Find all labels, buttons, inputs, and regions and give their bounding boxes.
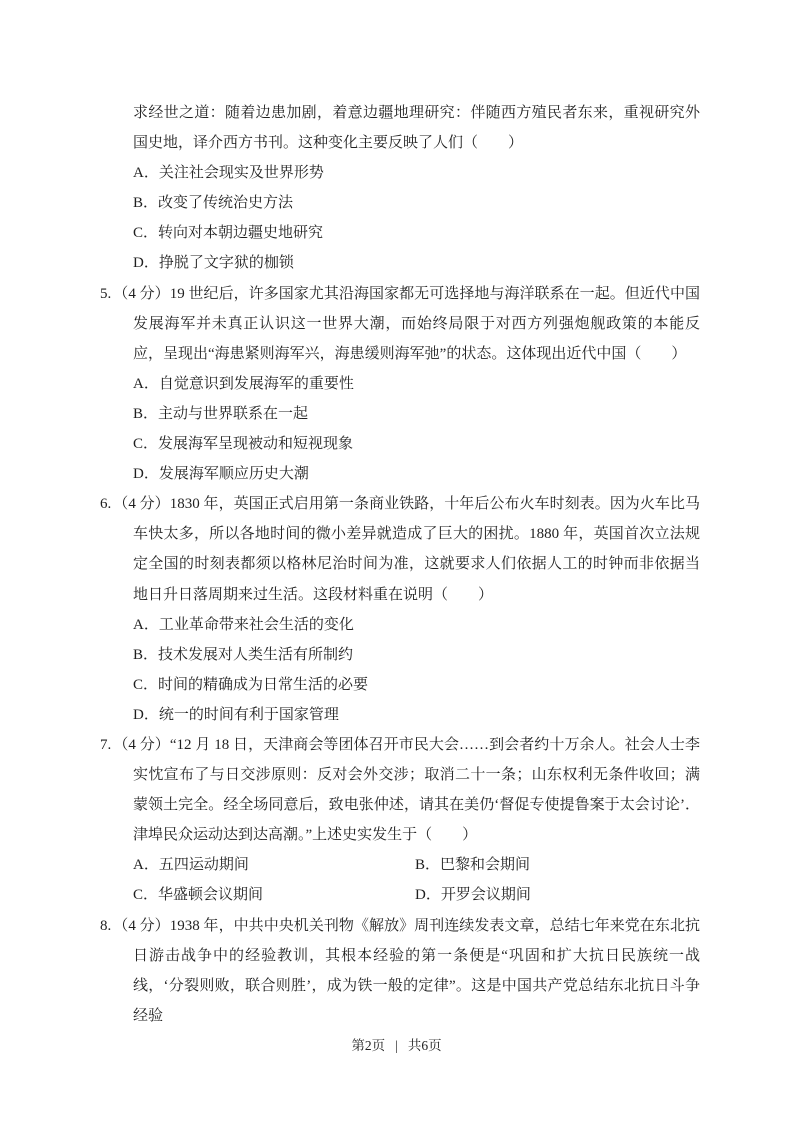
question-body: 7.（4 分）“12 月 18 日，天津商会等团体召开市民大会……到会者约十万余… — [133, 730, 700, 850]
question-number: 7. — [100, 737, 113, 753]
question: 5.（4 分）19 世纪后，许多国家尤其沿海国家都无可选择地与海洋联系在一起。但… — [100, 279, 700, 490]
option-list: A．五四运动期间B．巴黎和会期间C．华盛顿会议期间D．开罗会议期间 — [133, 850, 700, 910]
option: B．技术发展对人类生活有所制约 — [133, 640, 700, 670]
question-number: 6. — [100, 496, 113, 512]
exam-page: 求经世之道：随着边患加剧，着意边疆地理研究：伴随西方殖民者东来，重视研究外国史地… — [0, 0, 793, 1122]
question-number: 5. — [100, 286, 113, 302]
option: C．发展海军呈现被动和短视现象 — [133, 429, 700, 459]
question-number: 8. — [100, 918, 113, 934]
option-list: A．工业革命带来社会生活的变化B．技术发展对人类生活有所制约C．时间的精确成为日… — [100, 610, 700, 730]
option-list: A．关注社会现实及世界形势B．改变了传统治史方法C．转向对本朝边疆史地研究D．挣… — [100, 158, 700, 278]
option: A．工业革命带来社会生活的变化 — [133, 610, 700, 640]
option: A．关注社会现实及世界形势 — [133, 158, 700, 188]
option: A．五四运动期间 — [133, 850, 415, 880]
question-body: 求经世之道：随着边患加剧，着意边疆地理研究：伴随西方殖民者东来，重视研究外国史地… — [133, 98, 700, 158]
option: C．时间的精确成为日常生活的必要 — [133, 670, 700, 700]
option: C．华盛顿会议期间 — [133, 880, 415, 910]
option: D．统一的时间有利于国家管理 — [133, 700, 700, 730]
option: B．巴黎和会期间 — [415, 850, 700, 880]
option: D．开罗会议期间 — [415, 880, 700, 910]
question-text: （4 分）19 世纪后，许多国家尤其沿海国家都无可选择地与海洋联系在一起。但近代… — [113, 286, 700, 362]
option: B．改变了传统治史方法 — [133, 188, 700, 218]
question: 8.（4 分）1938 年，中共中央机关刊物《解放》周刊连续发表文章，总结七年来… — [100, 911, 700, 1031]
option-list: A．自觉意识到发展海军的重要性B．主动与世界联系在一起C．发展海军呈现被动和短视… — [100, 369, 700, 489]
question: 7.（4 分）“12 月 18 日，天津商会等团体召开市民大会……到会者约十万余… — [100, 730, 700, 911]
question-body: 8.（4 分）1938 年，中共中央机关刊物《解放》周刊连续发表文章，总结七年来… — [133, 911, 700, 1031]
option: D．发展海军顺应历史大潮 — [133, 459, 700, 489]
option: B．主动与世界联系在一起 — [133, 399, 700, 429]
question: 6.（4 分）1830 年，英国正式启用第一条商业铁路，十年后公布火车时刻表。因… — [100, 489, 700, 730]
option: D．挣脱了文字狱的枷锁 — [133, 248, 700, 278]
question-body: 6.（4 分）1830 年，英国正式启用第一条商业铁路，十年后公布火车时刻表。因… — [133, 489, 700, 609]
page-footer: 第2页|共6页 — [0, 1032, 793, 1060]
question-text: （4 分）“12 月 18 日，天津商会等团体召开市民大会……到会者约十万余人。… — [113, 737, 700, 843]
question-text: 求经世之道：随着边患加剧，着意边疆地理研究：伴随西方殖民者东来，重视研究外国史地… — [133, 105, 700, 151]
option: A．自觉意识到发展海军的重要性 — [133, 369, 700, 399]
question-text: （4 分）1938 年，中共中央机关刊物《解放》周刊连续发表文章，总结七年来党在… — [113, 918, 700, 1024]
question-text: （4 分）1830 年，英国正式启用第一条商业铁路，十年后公布火车时刻表。因为火… — [113, 496, 700, 602]
question: 求经世之道：随着边患加剧，着意边疆地理研究：伴随西方殖民者东来，重视研究外国史地… — [100, 98, 700, 279]
footer-separator: | — [395, 1032, 398, 1060]
question-list: 求经世之道：随着边患加剧，着意边疆地理研究：伴随西方殖民者东来，重视研究外国史地… — [100, 98, 700, 1031]
option: C．转向对本朝边疆史地研究 — [133, 218, 700, 248]
question-body: 5.（4 分）19 世纪后，许多国家尤其沿海国家都无可选择地与海洋联系在一起。但… — [133, 279, 700, 369]
page-total-label: 共6页 — [408, 1038, 442, 1053]
page-number-label: 第2页 — [351, 1038, 385, 1053]
